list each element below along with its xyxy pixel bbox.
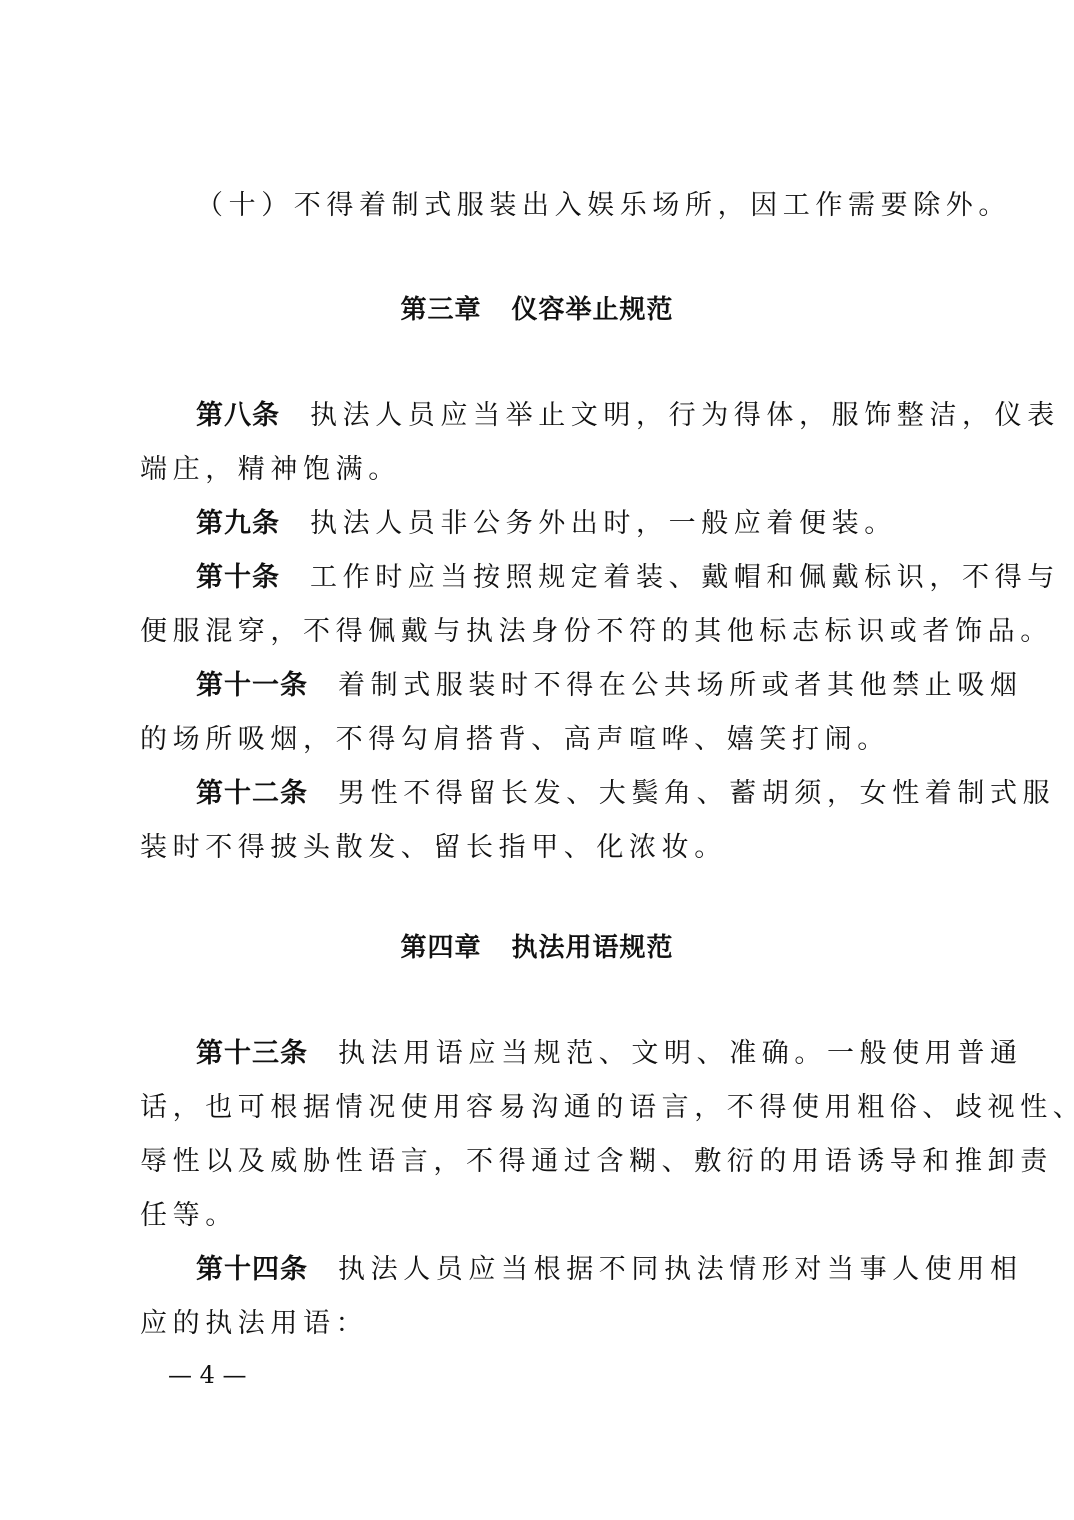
article-12-cont: 装时不得披头散发、留长指甲、化浓妆。	[140, 828, 940, 868]
article-label: 第十四条	[196, 1254, 308, 1285]
article-11-cont: 的场所吸烟，不得勾肩搭背、高声喧哗、嬉笑打闹。	[140, 720, 940, 760]
chapter-number: 第四章	[400, 933, 481, 963]
article-text: 男性不得留长发、大鬓角、蓄胡须，女性着制式服	[338, 778, 1055, 809]
chapter-number: 第三章	[400, 295, 481, 325]
chapter-heading-4: 第四章执法用语规范	[0, 928, 1074, 968]
article-label: 第十二条	[196, 778, 308, 809]
article-text: 工作时应当按照规定着装、戴帽和佩戴标识，不得与	[310, 562, 1060, 593]
chapter-title: 仪容举止规范	[512, 295, 674, 325]
article-text: 执法用语应当规范、文明、准确。一般使用普通	[338, 1038, 1023, 1069]
article-text: 执法人员应当根据不同执法情形对当事人使用相	[338, 1254, 1023, 1285]
article-8-cont: 端庄，精神饱满。	[140, 450, 940, 490]
article-14: 第十四条执法人员应当根据不同执法情形对当事人使用相	[196, 1250, 996, 1290]
article-label: 第十条	[196, 562, 280, 593]
article-11: 第十一条着制式服装时不得在公共场所或者其他禁止吸烟	[196, 666, 996, 706]
article-10: 第十条工作时应当按照规定着装、戴帽和佩戴标识，不得与	[196, 558, 996, 598]
article-13-cont-1: 话，也可根据情况使用容易沟通的语言，不得使用粗俗、歧视性、侮	[140, 1088, 940, 1128]
article-13-cont-3: 任等。	[140, 1196, 940, 1236]
page-number: — 4 —	[168, 1360, 247, 1390]
chapter-title: 执法用语规范	[512, 933, 674, 963]
article-label: 第八条	[196, 400, 280, 431]
article-10-cont: 便服混穿，不得佩戴与执法身份不符的其他标志标识或者饰品。	[140, 612, 940, 652]
chapter-heading-3: 第三章仪容举止规范	[0, 290, 1074, 330]
article-text: 执法人员非公务外出时，一般应着便装。	[310, 508, 897, 539]
article-9: 第九条执法人员非公务外出时，一般应着便装。	[196, 504, 996, 544]
article-13: 第十三条执法用语应当规范、文明、准确。一般使用普通	[196, 1034, 996, 1074]
article-text: 执法人员应当举止文明，行为得体，服饰整洁，仪表	[310, 400, 1060, 431]
article-13-cont-2: 辱性以及威胁性语言，不得通过含糊、敷衍的用语诱导和推卸责	[140, 1142, 940, 1182]
article-12: 第十二条男性不得留长发、大鬓角、蓄胡须，女性着制式服	[196, 774, 996, 814]
article-label: 第十一条	[196, 670, 308, 701]
article-text: 着制式服装时不得在公共场所或者其他禁止吸烟	[338, 670, 1023, 701]
article-label: 第九条	[196, 508, 280, 539]
article-8: 第八条执法人员应当举止文明，行为得体，服饰整洁，仪表	[196, 396, 996, 436]
article-label: 第十三条	[196, 1038, 308, 1069]
item-ten: （十）不得着制式服装出入娱乐场所，因工作需要除外。	[196, 186, 996, 226]
article-14-cont: 应的执法用语：	[140, 1304, 940, 1344]
